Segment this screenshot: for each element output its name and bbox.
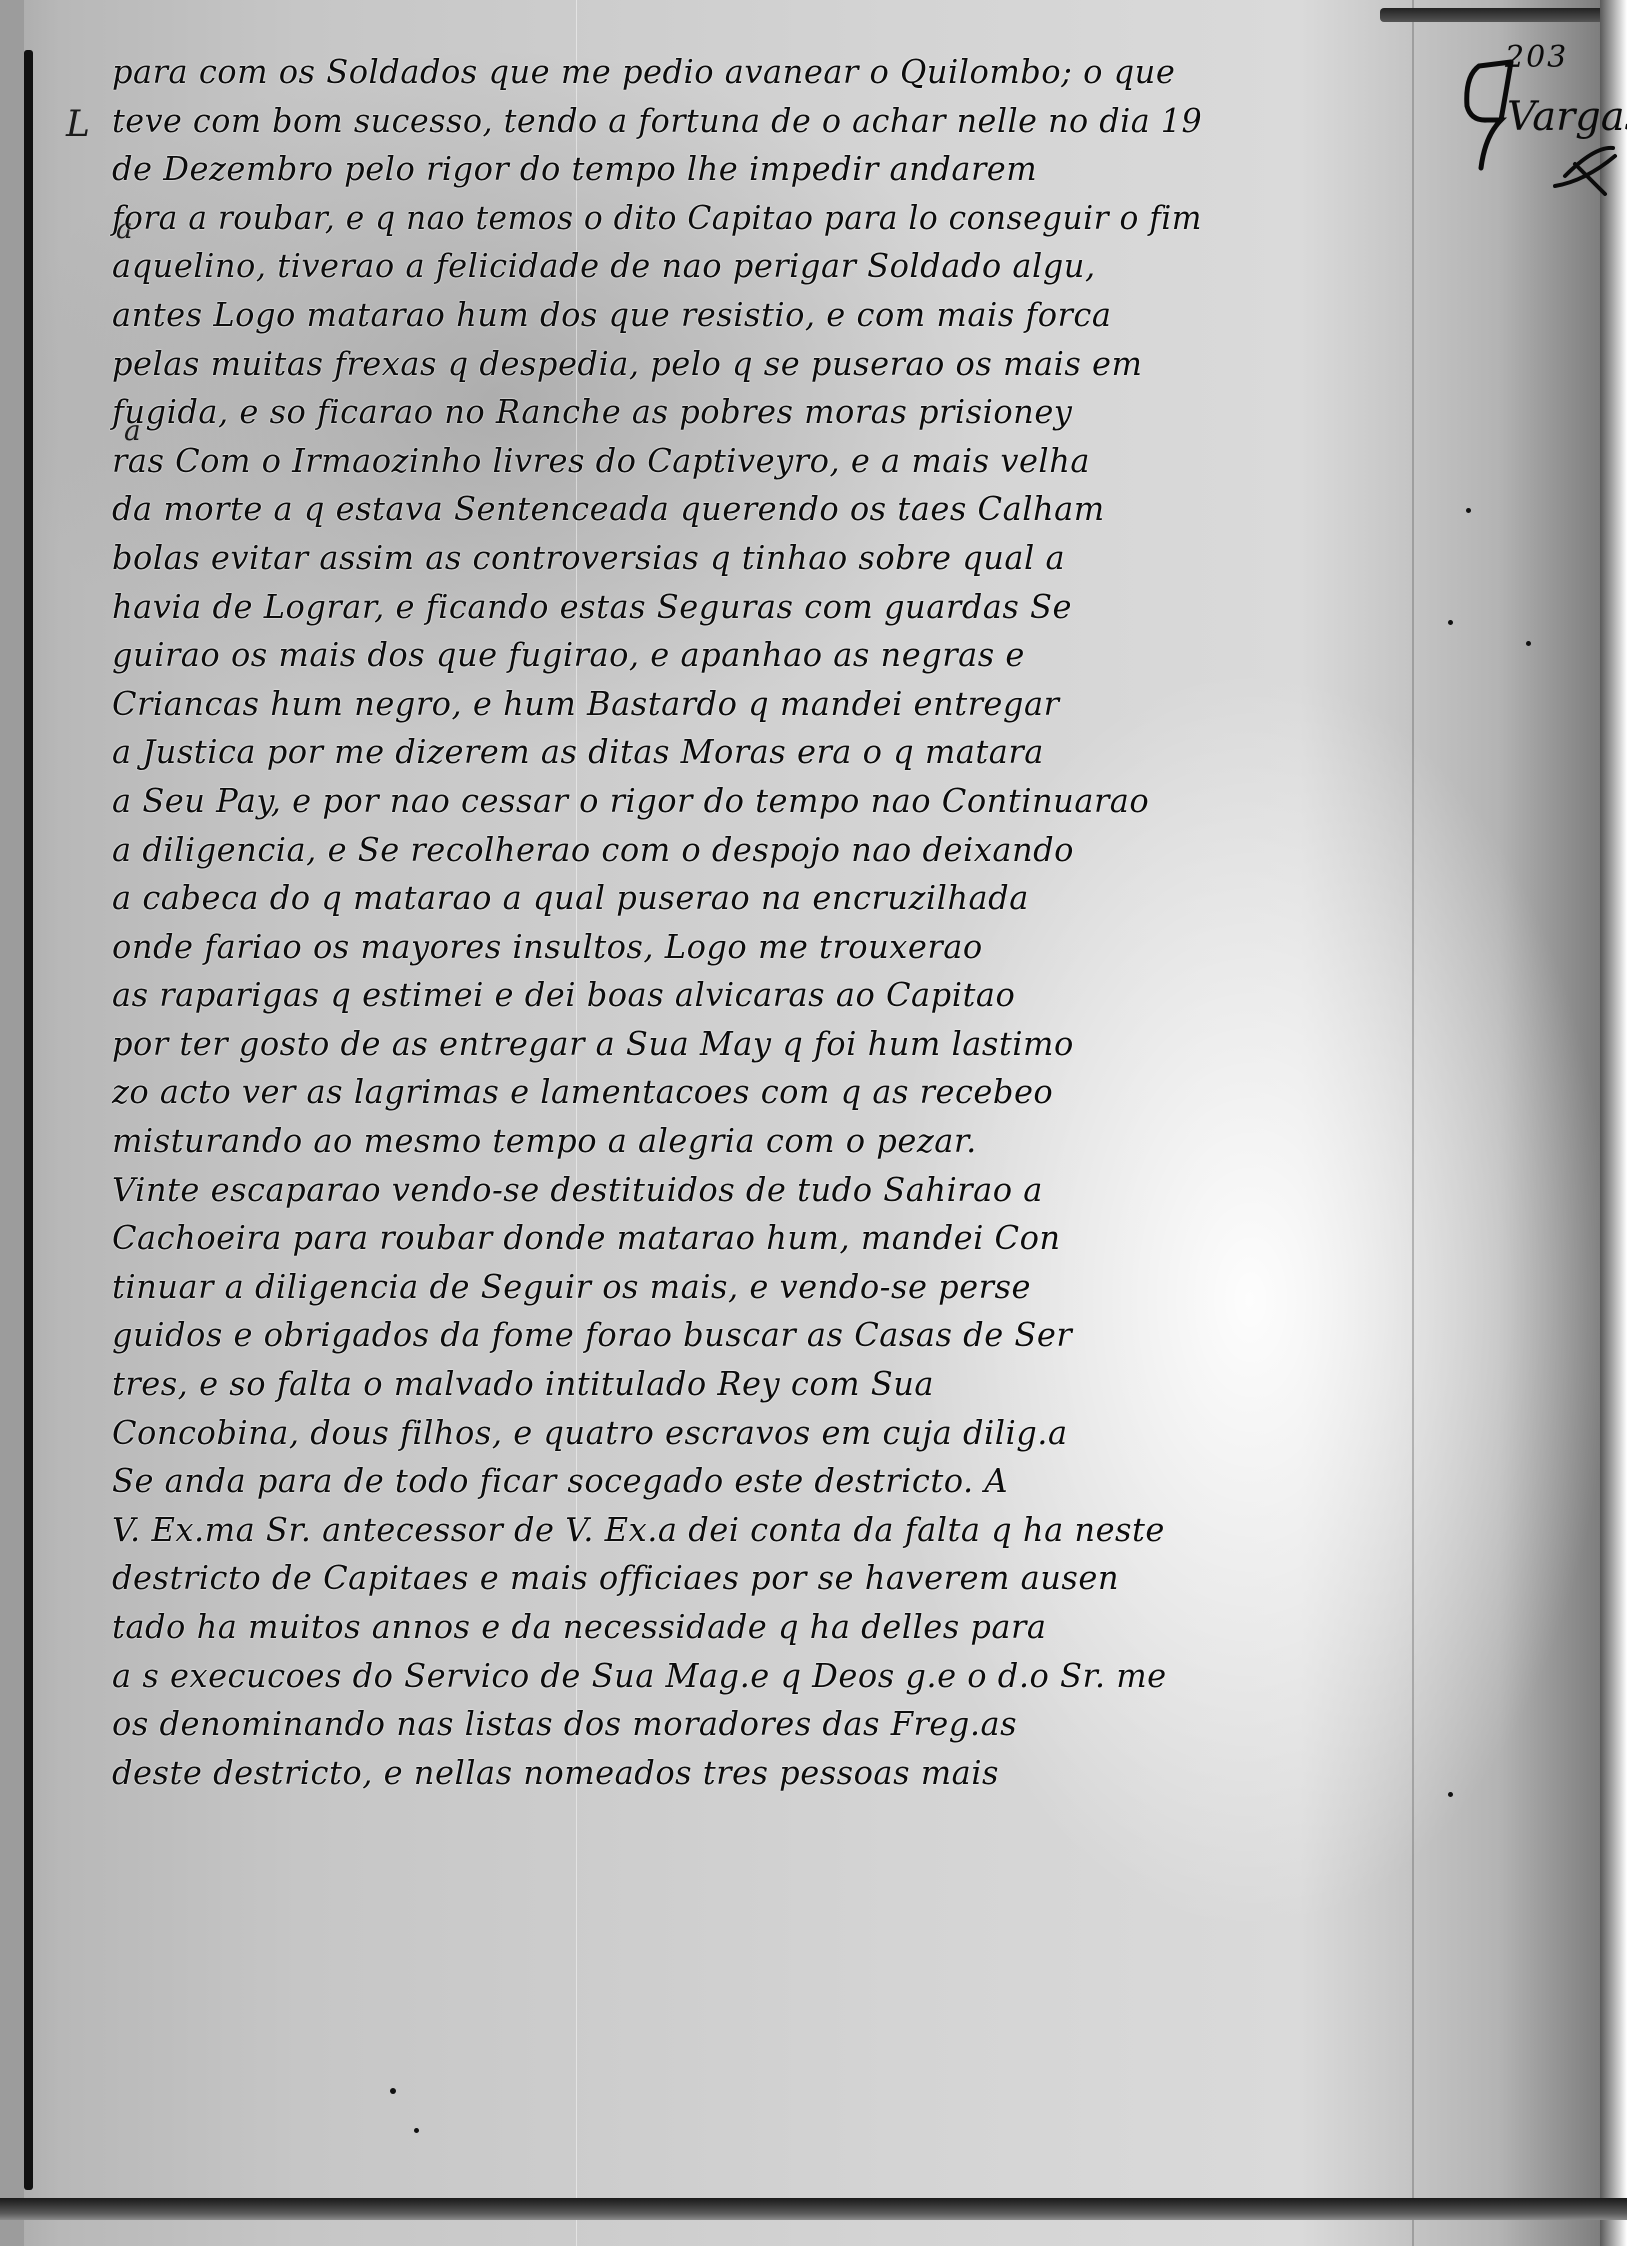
manuscript-line: Concobina, dous filhos, e quatro escravo… <box>112 1409 1202 1458</box>
manuscript-line: a s execucoes do Servico de Sua Mag.e q … <box>112 1652 1202 1701</box>
folio-signature: Vargas <box>1507 94 1627 140</box>
binding-line <box>24 50 33 2190</box>
manuscript-line: destricto de Capitaes e mais officiaes p… <box>112 1554 1202 1603</box>
ink-speck <box>1526 641 1531 646</box>
manuscript-line: guidos e obrigados da fome forao buscar … <box>112 1311 1202 1360</box>
manuscript-line: bolas evitar assim as controversias q ti… <box>112 534 1202 583</box>
page-bottom-edge <box>0 2198 1627 2220</box>
page-right-edge <box>1600 0 1627 2246</box>
adjacent-page-strip <box>0 0 24 2246</box>
manuscript-line: Cachoeira para roubar donde matarao hum,… <box>112 1214 1202 1263</box>
manuscript-scan: 203 Vargas L a a para com os Soldados qu… <box>0 0 1627 2246</box>
manuscript-line: antes Logo matarao hum dos que resistio,… <box>112 291 1202 340</box>
manuscript-line: misturando ao mesmo tempo a alegria com … <box>112 1117 1202 1166</box>
manuscript-line: Vinte escaparao vendo-se destituidos de … <box>112 1166 1202 1215</box>
manuscript-line: a Seu Pay, e por nao cessar o rigor do t… <box>112 777 1202 826</box>
manuscript-line: a cabeca do q matarao a qual puserao na … <box>112 874 1202 923</box>
page-top-edge <box>1380 8 1610 22</box>
manuscript-line: tado ha muitos annos e da necessidade q … <box>112 1603 1202 1652</box>
manuscript-line: as raparigas q estimei e dei boas alvica… <box>112 971 1202 1020</box>
manuscript-line: aquelino, tiverao a felicidade de nao pe… <box>112 242 1202 291</box>
manuscript-line: onde fariao os mayores insultos, Logo me… <box>112 923 1202 972</box>
ink-speck <box>1448 620 1453 625</box>
manuscript-text: para com os Soldados que me pedio avanea… <box>112 48 1232 1797</box>
manuscript-line: ras Com o Irmaozinho livres do Captiveyr… <box>112 437 1202 486</box>
ink-speck <box>390 2088 396 2094</box>
manuscript-line: fugida, e so ficarao no Ranche as pobres… <box>112 388 1202 437</box>
folio-annotation: 203 Vargas <box>1445 36 1625 196</box>
ink-speck <box>414 2128 419 2133</box>
manuscript-line: Criancas hum negro, e hum Bastardo q man… <box>112 680 1202 729</box>
manuscript-line: tres, e so falta o malvado intitulado Re… <box>112 1360 1202 1409</box>
paper-fold-line <box>1412 0 1414 2246</box>
manuscript-line: fora a roubar, e q nao temos o dito Capi… <box>112 194 1174 243</box>
manuscript-line: zo acto ver as lagrimas e lamentacoes co… <box>112 1068 1202 1117</box>
manuscript-line: V. Ex.ma Sr. antecessor de V. Ex.a dei c… <box>112 1506 1202 1555</box>
manuscript-line: a Justica por me dizerem as ditas Moras … <box>112 728 1202 777</box>
ink-speck <box>1448 1792 1453 1797</box>
manuscript-line: teve com bom sucesso, tendo a fortuna de… <box>112 97 1192 146</box>
folio-number: 203 <box>1505 40 1568 75</box>
manuscript-line: os denominando nas listas dos moradores … <box>112 1700 1202 1749</box>
manuscript-line: por ter gosto de as entregar a Sua May q… <box>112 1020 1202 1069</box>
manuscript-line: a diligencia, e Se recolherao com o desp… <box>112 826 1202 875</box>
manuscript-line: Se anda para de todo ficar socegado este… <box>112 1457 1202 1506</box>
manuscript-line: deste destricto, e nellas nomeados tres … <box>112 1749 1202 1798</box>
manuscript-line: guirao os mais dos que fugirao, e apanha… <box>112 631 1202 680</box>
manuscript-line: para com os Soldados que me pedio avanea… <box>112 48 1202 97</box>
manuscript-line: de Dezembro pelo rigor do tempo lhe impe… <box>112 145 1202 194</box>
manuscript-line: havia de Lograr, e ficando estas Seguras… <box>112 583 1202 632</box>
manuscript-line: tinuar a diligencia de Seguir os mais, e… <box>112 1263 1202 1312</box>
manuscript-line: pelas muitas frexas q despedia, pelo q s… <box>112 340 1202 389</box>
margin-mark: L <box>66 104 90 145</box>
ink-speck <box>1466 508 1471 513</box>
manuscript-line: da morte a q estava Sentenceada querendo… <box>112 485 1202 534</box>
